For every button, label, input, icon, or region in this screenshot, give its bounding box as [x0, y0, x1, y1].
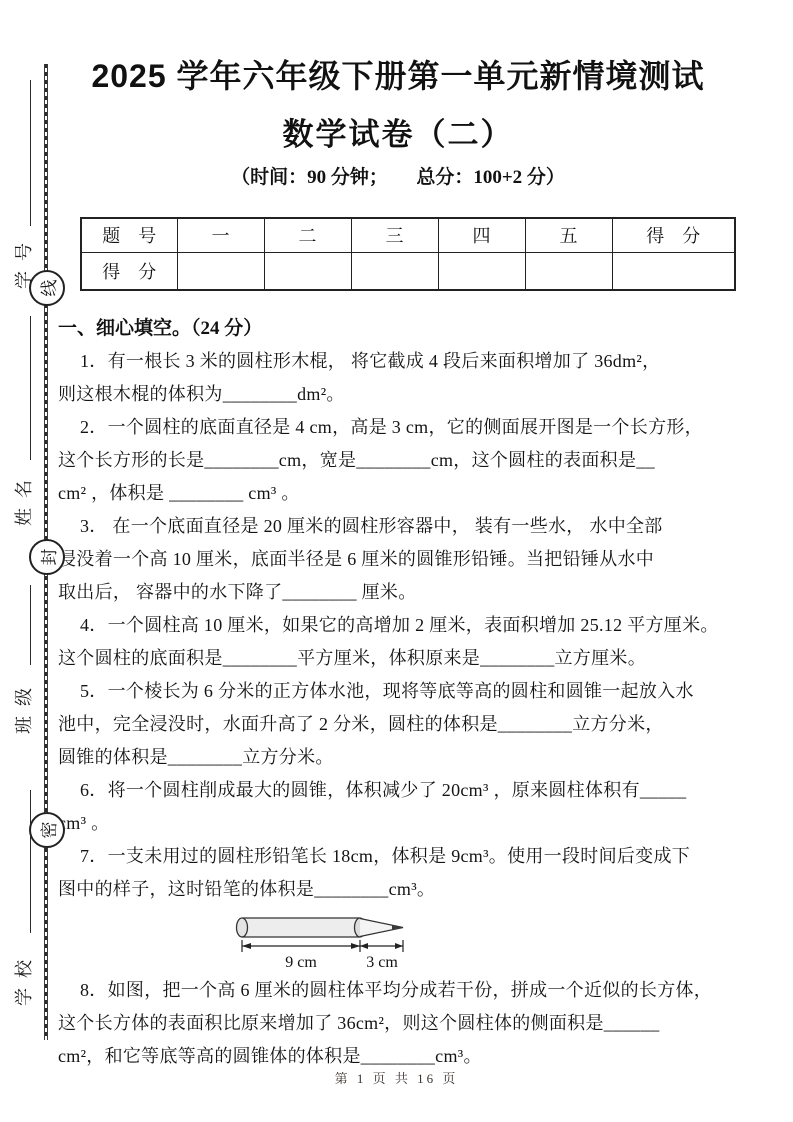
score-cell-2	[264, 252, 351, 290]
sidebar-label-class: 班级	[10, 665, 32, 747]
pencil-left-cap	[237, 918, 248, 937]
class-blank-line	[30, 585, 31, 665]
score-cell-5	[525, 252, 612, 290]
seal-char-mi-circle: 密	[29, 812, 65, 848]
seal-char-line-circle: 线	[29, 270, 65, 306]
sidebar-label-school: 学校	[10, 937, 32, 1019]
score-table-score-row: 得 分	[81, 252, 735, 290]
score-cell-1	[177, 252, 264, 290]
exam-title: 2025 学年六年级下册第一单元新情境测试	[58, 55, 738, 97]
school-blank-line	[30, 790, 31, 933]
score-header-question-no: 题 号	[81, 218, 177, 252]
question-7: 7．一支未用过的圆柱形铅笔长 18cm，体积是 9cm³。使用一段时间后变成下 …	[58, 840, 738, 906]
score-header-3: 三	[351, 218, 438, 252]
pencil-body	[242, 918, 360, 937]
score-cell-4	[438, 252, 525, 290]
score-row-label: 得 分	[81, 252, 177, 290]
exam-paper-page: 学号 姓名 班级 学校 线 封 密 2025 学年六年级下册第一单元新情境测试 …	[0, 0, 793, 1122]
score-table: 题 号 一 二 三 四 五 得 分 得 分	[80, 217, 736, 291]
question-3: 3． 在一个底面直径是 20 厘米的圆柱形容器中， 装有一些水， 水中全部 浸没…	[58, 510, 738, 609]
score-table-header-row: 题 号 一 二 三 四 五 得 分	[81, 218, 735, 252]
pencil-body-length-label: 9 cm	[285, 954, 317, 971]
student-id-blank-line	[30, 80, 31, 226]
question-8: 8．如图，把一个高 6 厘米的圆柱体平均分成若干份，拼成一个近似的长方体， 这个…	[58, 974, 738, 1073]
question-2: 2．一个圆柱的底面直径是 4 cm，高是 3 cm，它的侧面展开图是一个长方形，…	[58, 411, 738, 510]
score-header-5: 五	[525, 218, 612, 252]
page-footer: 第 1 页 共 16 页	[0, 1068, 793, 1087]
score-header-total: 得 分	[612, 218, 735, 252]
section-one-title: 一、细心填空。（24 分）	[58, 313, 738, 345]
seal-char-feng-circle: 封	[29, 539, 65, 575]
score-header-4: 四	[438, 218, 525, 252]
score-cell-total	[612, 252, 735, 290]
exam-content: 2025 学年六年级下册第一单元新情境测试 数学试卷（二） （时间：90 分钟；…	[58, 55, 738, 1073]
question-1: 1．有一根长 3 米的圆柱形木棍， 将它截成 4 段后来面积增加了 36dm²，…	[58, 345, 738, 411]
score-header-2: 二	[264, 218, 351, 252]
exam-info: （时间：90 分钟； 总分：100+2 分）	[58, 165, 738, 191]
question-4: 4．一个圆柱高 10 厘米，如果它的高增加 2 厘米，表面积增加 25.12 平…	[58, 609, 738, 675]
question-5: 5．一个棱长为 6 分米的正方体水池，现将等底等高的圆柱和圆锥一起放入水 池中，…	[58, 675, 738, 774]
score-header-1: 一	[177, 218, 264, 252]
score-cell-3	[351, 252, 438, 290]
name-blank-line	[30, 316, 31, 460]
sidebar-label-name: 姓名	[10, 457, 32, 539]
pencil-tip-length-label: 3 cm	[366, 954, 398, 971]
exam-subtitle: 数学试卷（二）	[58, 113, 738, 157]
question-6: 6．将一个圆柱削成最大的圆锥，体积减少了 20cm³ ，原来圆柱体积有_____…	[58, 774, 738, 840]
pencil-figure: 9 cm 3 cm	[230, 910, 422, 972]
